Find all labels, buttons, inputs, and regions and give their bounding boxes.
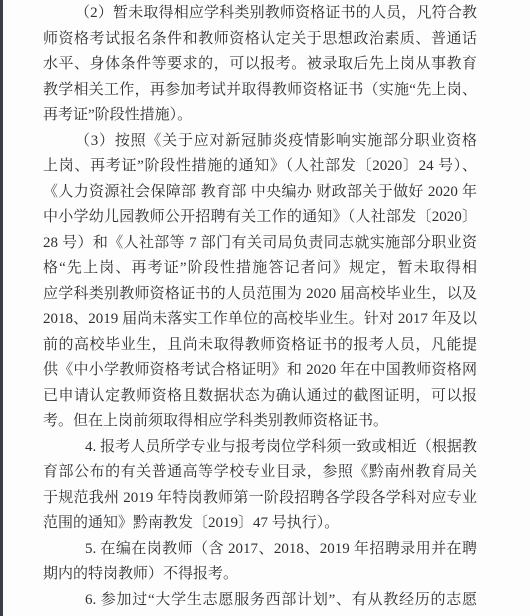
text-line: 于规范我州 2019 年特岗教师第一阶段招聘各学段各学科对应专业 <box>43 486 477 512</box>
text-line: 供《中小学教师资格考试合格证明》和 2020 年在中国教师资格网 <box>43 358 477 384</box>
text-line: 5. 在编在岗教师（含 2017、2018、2019 年招聘录用并在聘任 <box>43 537 477 563</box>
text-line: 育部公布的有关普通高等学校专业目录，参照《黔南州教育局关 <box>43 460 477 486</box>
document-page: （2）暂未取得相应学科类别教师资格证书的人员，凡符合教师资格考试报名条件和教师资… <box>0 0 530 616</box>
text-line: 再考证”阶段性措施）。 <box>43 103 477 129</box>
text-line: 2018、2019 届尚未落实工作单位的高校毕业生。针对 2017 年及以 <box>43 307 477 333</box>
text-line: 4. 报考人员所学专业与报考岗位学科须一致或相近（根据教 <box>43 435 477 461</box>
text-line: 格“先上岗、再考证”阶段性措施答记者问》规定，暂未取得相 <box>43 256 477 282</box>
text-line: 《人力资源社会保障部 教育部 中央编办 财政部关于做好 2020 年 <box>43 180 477 206</box>
text-line: 中小学幼儿园教师公开招聘有关工作的通知》（人社部发〔2020〕 <box>43 205 477 231</box>
text-line: 前的高校毕业生，且尚未取得教师资格证书的报考人员，凡能提 <box>43 333 477 359</box>
text-line: 上岗、再考证”阶段性措施的通知》（人社部发〔2020〕24 号）、 <box>43 154 477 180</box>
text-line: 水平、身体条件等要求的，可以报考。被录取后先上岗从事教育 <box>43 52 477 78</box>
text-line: 已申请认定教师资格且数据状态为确认通过的截图证明，可以报 <box>43 384 477 410</box>
text-line: 期内的特岗教师）不得报考。 <box>43 562 477 588</box>
text-line: 应学科类别教师资格证书的人员范围为 2020 届高校毕业生，以及 <box>43 282 477 308</box>
text-line: （2）暂未取得相应学科类别教师资格证书的人员，凡符合教 <box>43 1 477 27</box>
page-left-border <box>0 0 3 616</box>
text-line: （3）按照《关于应对新冠肺炎疫情影响实施部分职业资格“先 <box>43 129 477 155</box>
text-line: 28 号）和《人社部等 7 部门有关司局负责同志就实施部分职业资 <box>43 231 477 257</box>
text-line: 6. 参加过“大学生志愿服务西部计划”、有从教经历的志愿 <box>43 588 477 614</box>
text-line: 考。但在上岗前须取得相应学科类别教师资格证书。 <box>43 409 477 435</box>
text-line: 教学相关工作，再参加考试并取得教师资格证书（实施“先上岗、 <box>43 78 477 104</box>
text-line: 范围的通知》黔南教发〔2019〕47 号执行）。 <box>43 511 477 537</box>
text-line: 师资格考试报名条件和教师资格认定关于思想政治素质、普通话 <box>43 27 477 53</box>
document-body: （2）暂未取得相应学科类别教师资格证书的人员，凡符合教师资格考试报名条件和教师资… <box>43 1 477 613</box>
